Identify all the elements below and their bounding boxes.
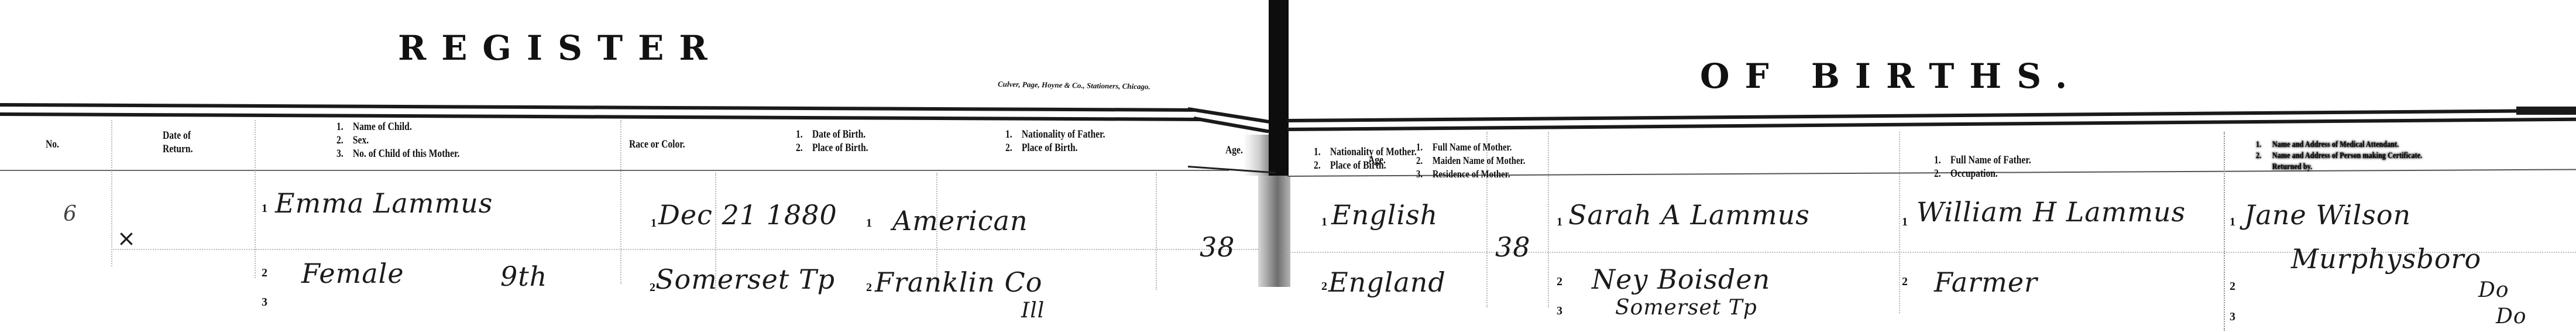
attendant-address: Murphysboro <box>2291 243 2481 275</box>
binding-gutter-lower <box>1258 176 1290 287</box>
father-occupation: Farmer <box>1934 266 2038 298</box>
mother-residence: Somerset Tp <box>1615 296 1757 320</box>
attendant-ditto-1: Do <box>2478 278 2509 302</box>
mother-full-name: Sarah A Lammus <box>1568 199 1810 231</box>
divider-father-nat <box>1156 173 1157 290</box>
child-number: 9th <box>500 261 547 292</box>
line-num-mother-1: 1 <box>1557 215 1562 229</box>
line-num-father-1: 1 <box>866 217 872 230</box>
mother-maiden-name: Ney Boisden <box>1592 263 1770 295</box>
child-name: Emma Lammus <box>275 187 493 219</box>
binding-gutter <box>1269 0 1289 176</box>
header-returned-by: 1.Name and Address of Medical Attendant.… <box>2256 139 2422 173</box>
header-bottom-rule-left <box>0 170 1229 171</box>
line-num-father-2: 2 <box>866 281 872 295</box>
date-of-return-mark: × <box>117 225 136 251</box>
father-full-name: William H Lammus <box>1916 196 2186 228</box>
header-mother: 1.Full Name of Mother. 2.Maiden Name of … <box>1416 141 1525 181</box>
header-father-nationality: 1.Nationality of Father. 2.Place of Birt… <box>1005 128 1105 155</box>
line-num-returned-1: 1 <box>2230 215 2235 229</box>
header-child: 1.Name of Child. 2.Sex. 3.No. of Child o… <box>336 120 459 160</box>
printer-imprint: Culver, Page, Hoyne & Co., Stationers, C… <box>998 80 1150 92</box>
divider-no <box>111 120 112 266</box>
header-mother-nationality: 1.Nationality of Mother. 2.Place of Birt… <box>1314 145 1417 172</box>
attendant-name: Jane Wilson <box>2244 199 2411 231</box>
mother-age: 38 <box>1495 231 1531 263</box>
row-line-left <box>111 249 1258 250</box>
father-birthplace: Franklin Co <box>875 266 1042 298</box>
entry-number: 6 <box>63 202 77 226</box>
header-rule-top-left <box>0 103 1194 112</box>
line-num-returned-2: 2 <box>2230 280 2235 293</box>
register-title-right: OF BIRTHS. <box>1700 56 2082 96</box>
line-num-father-r-1: 1 <box>1902 215 1908 229</box>
line-num-mnat-1: 1 <box>1321 215 1327 229</box>
mother-nationality: English <box>1331 199 1438 231</box>
line-num-child-2: 2 <box>262 266 267 280</box>
mother-birthplace: England <box>1328 266 1446 298</box>
father-age: 38 <box>1200 231 1235 263</box>
header-father: 1.Full Name of Father. 2.Occupation. <box>1934 153 2031 180</box>
header-race: Race or Color. <box>629 138 685 151</box>
line-num-mother-2: 2 <box>1557 275 1562 289</box>
header-rule-bottom-left <box>0 112 1200 121</box>
line-num-mnat-2: 2 <box>1321 280 1327 293</box>
line-num-mother-3: 3 <box>1557 304 1562 318</box>
line-num-child-1: 1 <box>262 202 267 215</box>
header-date-of-return: Date ofReturn. <box>163 129 193 156</box>
line-num-returned-3: 3 <box>2230 310 2235 324</box>
line-num-child-3: 3 <box>262 296 267 309</box>
header-rule-right-end <box>2516 107 2576 115</box>
divider-father <box>2224 132 2225 331</box>
divider-child <box>620 120 621 284</box>
line-num-birth-2: 2 <box>650 281 655 295</box>
divider-return <box>255 120 256 278</box>
attendant-ditto-2: Do <box>2496 304 2527 328</box>
header-no: No. <box>46 138 59 151</box>
child-sex: Female <box>301 258 404 289</box>
line-num-father-r-2: 2 <box>1902 275 1908 289</box>
register-title-left: REGISTER <box>398 28 723 68</box>
header-mother-age: Age. <box>1368 153 1386 167</box>
divider-mother <box>1899 132 1900 313</box>
father-nationality: American <box>892 205 1028 237</box>
line-num-birth-1: 1 <box>651 217 657 230</box>
header-father-age: Age. <box>1225 143 1243 157</box>
header-birth: 1.Date of Birth. 2.Place of Birth. <box>796 128 868 155</box>
place-of-birth: Somerset Tp <box>655 263 835 295</box>
date-of-birth: Dec 21 1880 <box>658 199 837 231</box>
father-birthplace-state: Ill <box>1021 299 1045 323</box>
divider-mother-age <box>1548 132 1549 307</box>
